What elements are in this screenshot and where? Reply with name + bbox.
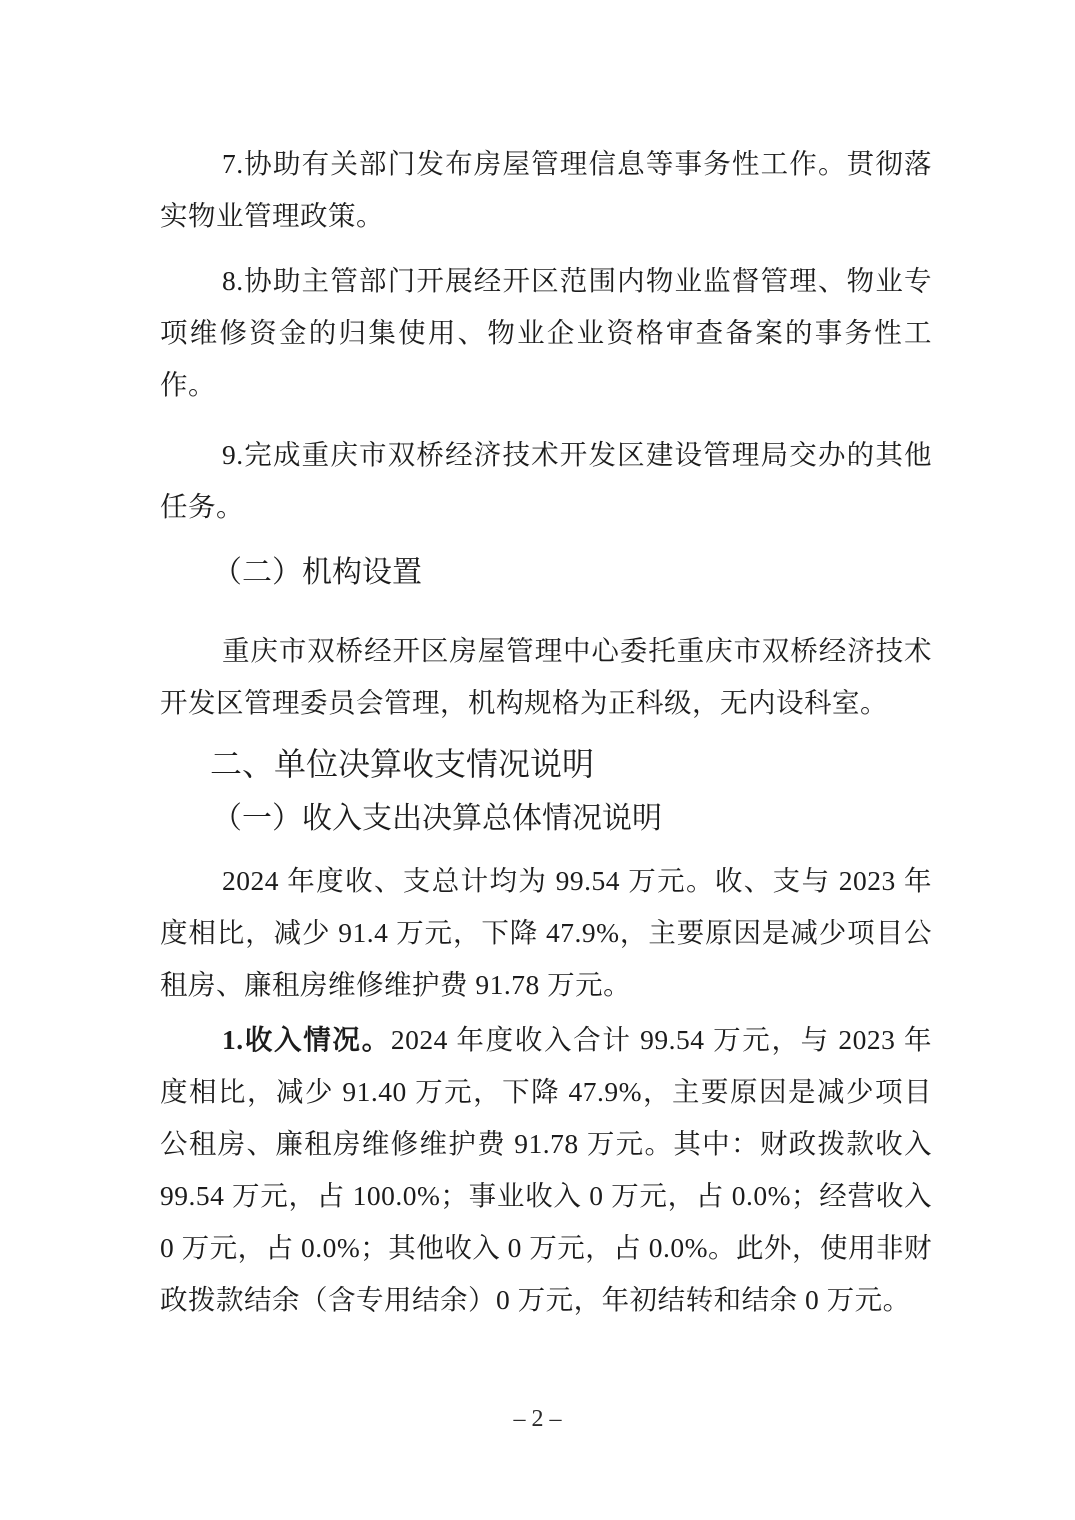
heading-section-2: 二、单位决算收支情况说明 bbox=[160, 737, 932, 791]
document-body: 7.协助有关部门发布房屋管理信息等事务性工作。贯彻落实物业管理政策。 8.协助主… bbox=[160, 138, 932, 1326]
paragraph-duty-7: 7.协助有关部门发布房屋管理信息等事务性工作。贯彻落实物业管理政策。 bbox=[160, 138, 932, 242]
paragraph-income-detail: 1.收入情况。2024 年度收入合计 99.54 万元，与 2023 年度相比，… bbox=[160, 1014, 932, 1326]
heading-org-setup: （二）机构设置 bbox=[160, 547, 932, 599]
income-lead-label: 1.收入情况。 bbox=[222, 1024, 391, 1055]
heading-subsection-1: （一）收入支出决算总体情况说明 bbox=[160, 793, 932, 845]
document-page: 7.协助有关部门发布房屋管理信息等事务性工作。贯彻落实物业管理政策。 8.协助主… bbox=[0, 0, 1075, 1520]
page-number: – 2 – bbox=[0, 1406, 1075, 1433]
paragraph-duty-9: 9.完成重庆市双桥经济技术开发区建设管理局交办的其他任务。 bbox=[160, 429, 932, 533]
paragraph-duty-8: 8.协助主管部门开展经开区范围内物业监督管理、物业专项维修资金的归集使用、物业企… bbox=[160, 255, 932, 411]
paragraph-overall-summary: 2024 年度收、支总计均为 99.54 万元。收、支与 2023 年度相比，减… bbox=[160, 855, 932, 1011]
income-body-text: 2024 年度收入合计 99.54 万元，与 2023 年度相比，减少 91.4… bbox=[160, 1024, 932, 1315]
paragraph-org-setup: 重庆市双桥经开区房屋管理中心委托重庆市双桥经济技术开发区管理委员会管理，机构规格… bbox=[160, 625, 932, 729]
